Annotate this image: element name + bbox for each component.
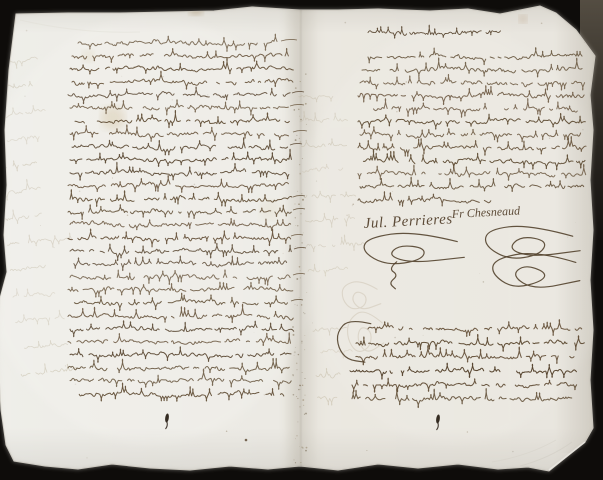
scanned-manuscript-spread: Jul. Perrieres Fr Chesneaud [0, 0, 603, 480]
paper-edge-shadow [0, 6, 595, 471]
manuscript-scan: Jul. Perrieres Fr Chesneaud [0, 0, 603, 480]
